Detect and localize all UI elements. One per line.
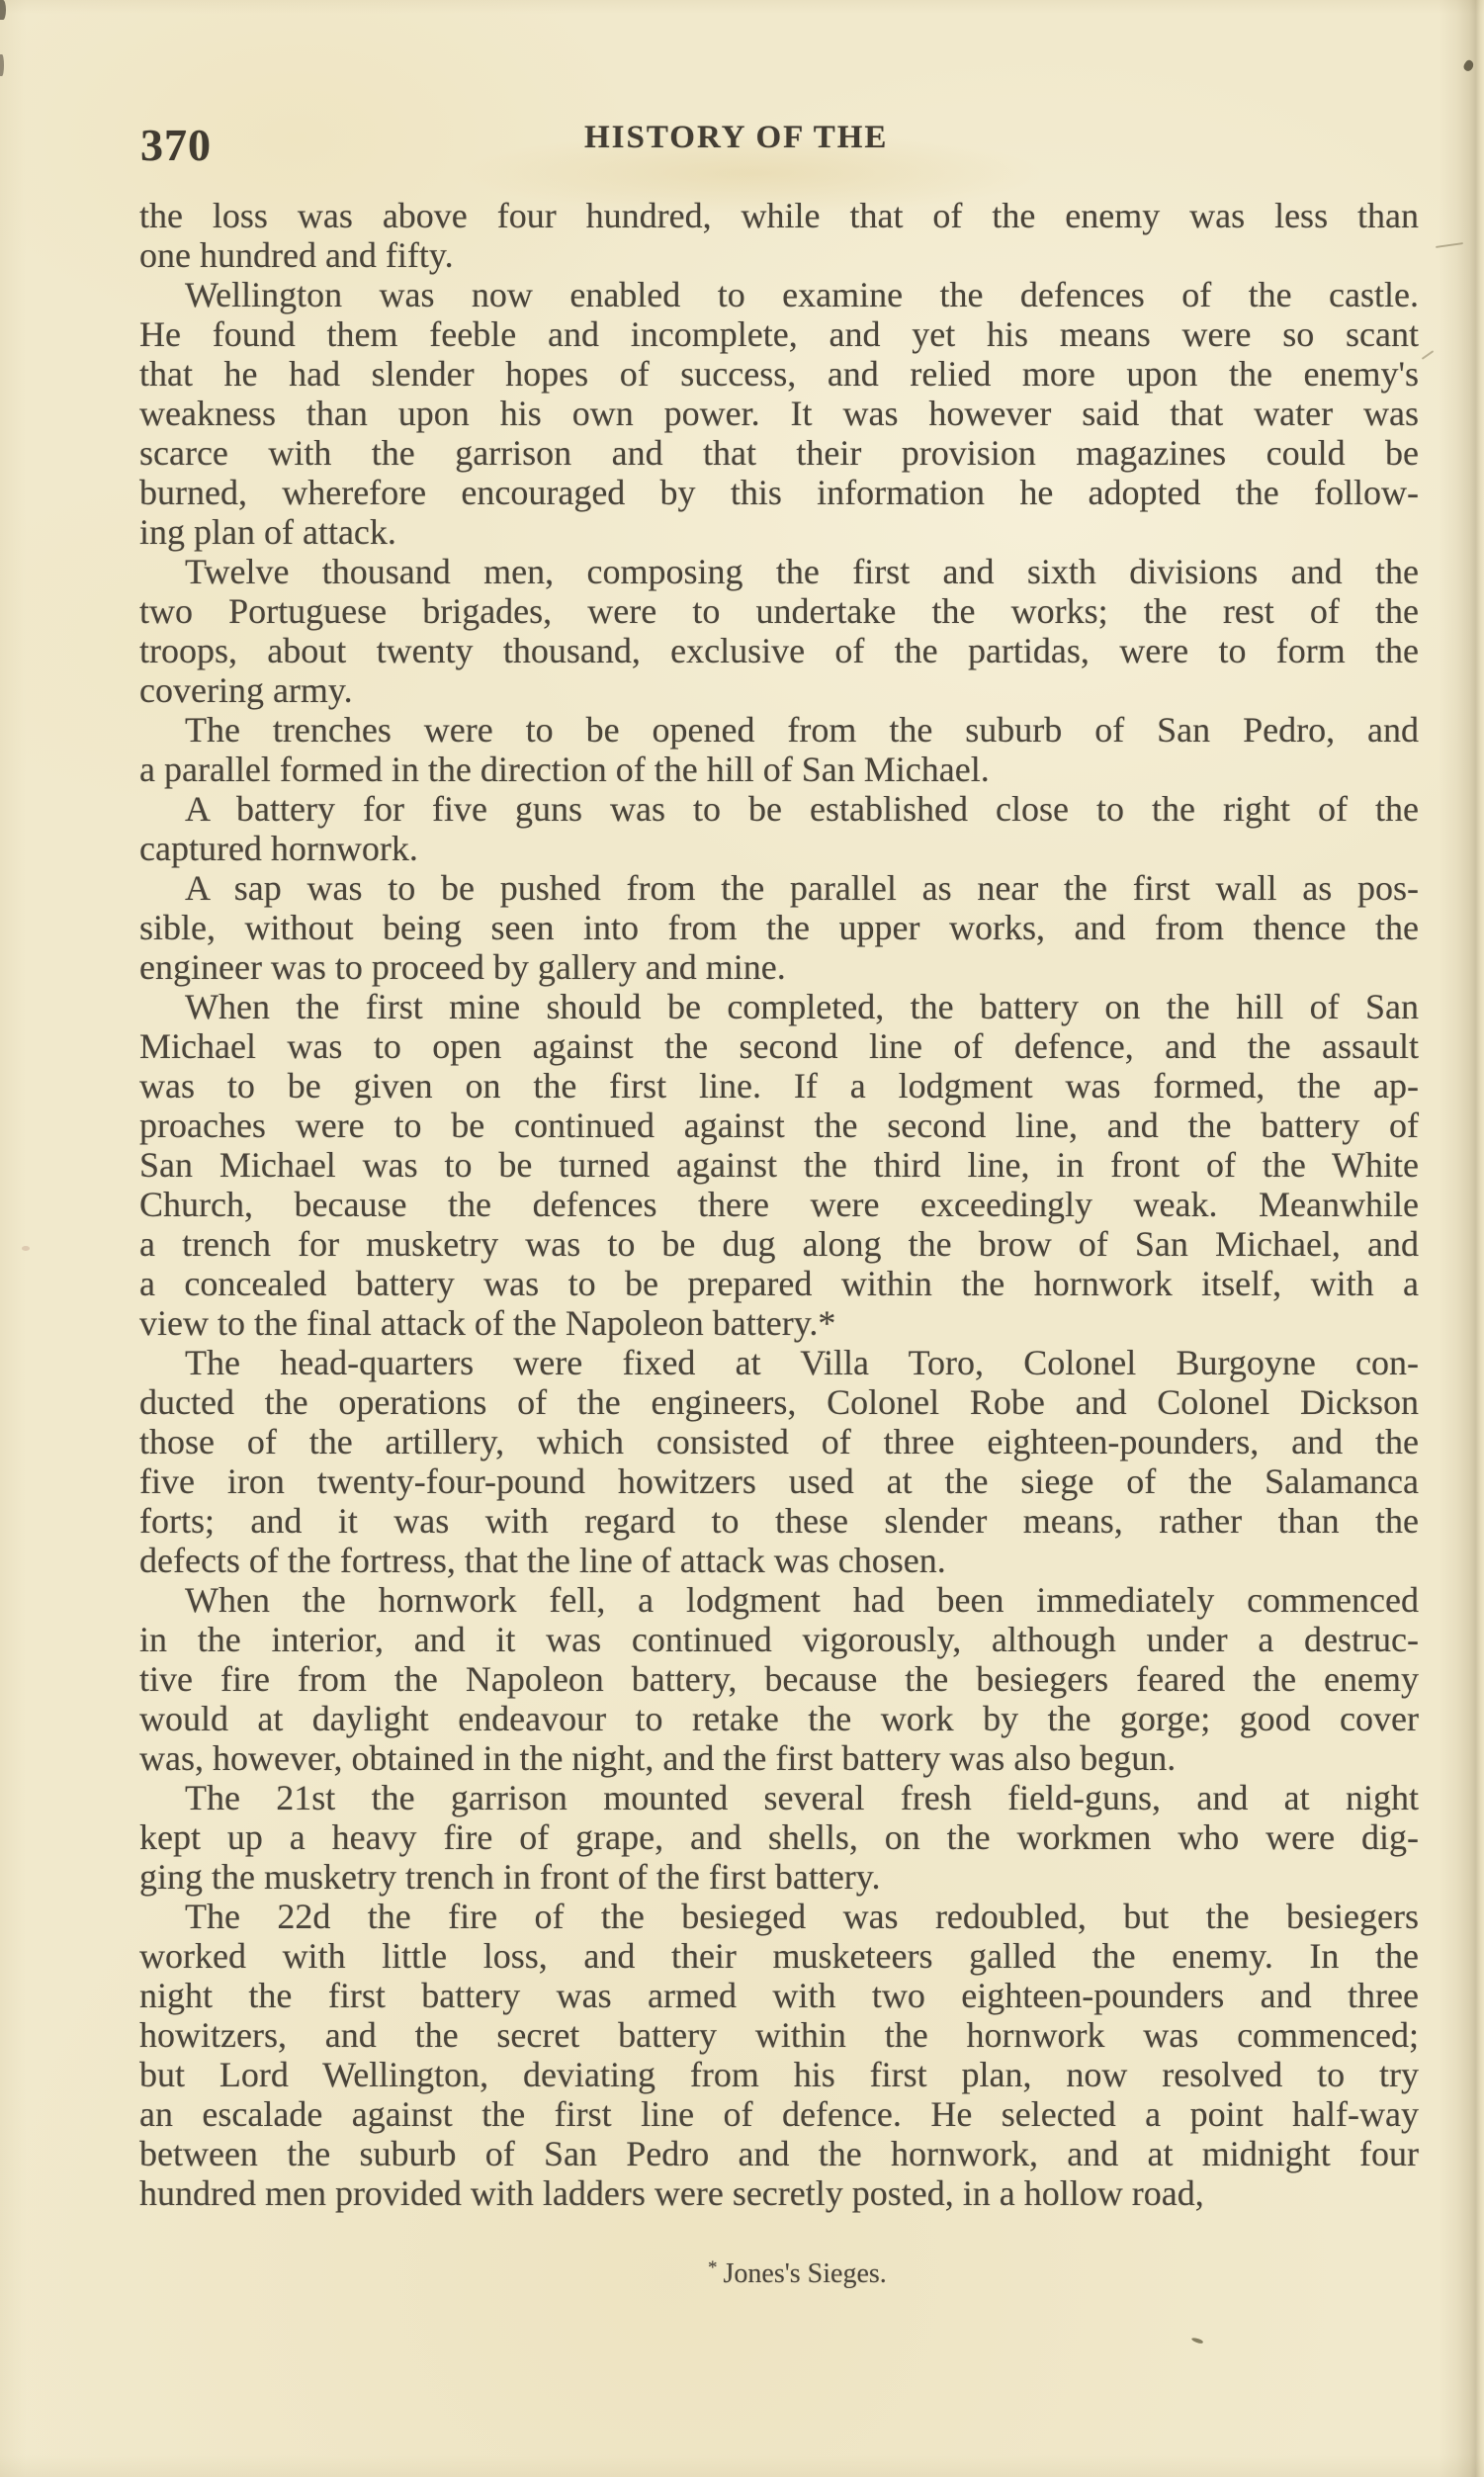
text-line: night the first battery was armed with t… <box>139 1976 1419 2015</box>
text-line: in the interior, and it was continued vi… <box>139 1620 1419 1659</box>
text-line: hundred men provided with ladders were s… <box>139 2173 1419 2213</box>
text-line: covering army. <box>139 670 1419 710</box>
paragraph: The head-quarters were fixed at Villa To… <box>139 1343 1419 1580</box>
scan-edge-mark <box>0 54 4 76</box>
text-line: a parallel formed in the direction of th… <box>139 750 1419 789</box>
text-line: scarce with the garrison and that their … <box>139 433 1419 473</box>
text-line: was, however, obtained in the night, and… <box>139 1738 1419 1778</box>
text-line: forts; and it was with regard to these s… <box>139 1501 1419 1541</box>
text-line: Church, because the defences there were … <box>139 1185 1419 1224</box>
text-line: Twelve thousand men, composing the first… <box>139 552 1419 591</box>
scan-edge-mark <box>0 0 6 20</box>
running-header: HISTORY OF THE <box>584 122 888 154</box>
text-line: weakness than upon his own power. It was… <box>139 394 1419 433</box>
text-line: burned, wherefore encouraged by this inf… <box>139 473 1419 512</box>
text-line: The trenches were to be opened from the … <box>139 710 1419 750</box>
text-line: proaches were to be continued against th… <box>139 1106 1419 1145</box>
body-text: the loss was above four hundred, while t… <box>139 196 1419 2213</box>
text-line: an escalade against the first line of de… <box>139 2094 1419 2134</box>
text-line: troops, about twenty thousand, exclusive… <box>139 631 1419 670</box>
text-line: howitzers, and the secret battery within… <box>139 2015 1419 2055</box>
paragraph: The trenches were to be opened from the … <box>139 710 1419 789</box>
paragraph: When the first mine should be completed,… <box>139 987 1419 1343</box>
footnote-marker: * <box>708 2257 718 2278</box>
text-line: When the hornwork fell, a lodgment had b… <box>139 1580 1419 1620</box>
text-line: When the first mine should be completed,… <box>139 987 1419 1026</box>
text-line: defects of the fortress, that the line o… <box>139 1541 1419 1580</box>
text-line: The 22d the fire of the besieged was red… <box>139 1897 1419 1936</box>
paragraph: A sap was to be pushed from the parallel… <box>139 868 1419 987</box>
paragraph: A battery for five guns was to be establ… <box>139 789 1419 868</box>
text-line: The head-quarters were fixed at Villa To… <box>139 1343 1419 1382</box>
text-line: engineer was to proceed by gallery and m… <box>139 947 1419 987</box>
text-line: a concealed battery was to be prepared w… <box>139 1264 1419 1303</box>
scan-speck <box>1191 2337 1204 2344</box>
text-line: kept up a heavy fire of grape, and shell… <box>139 1817 1419 1857</box>
page-edge-shadow <box>1439 0 1484 2477</box>
book-page-scan: 370 HISTORY OF THE the loss was above fo… <box>0 0 1484 2477</box>
text-line: would at daylight endeavour to retake th… <box>139 1699 1419 1738</box>
text-line: worked with little loss, and their muske… <box>139 1936 1419 1976</box>
text-line: Michael was to open against the second l… <box>139 1026 1419 1066</box>
text-line: those of the artillery, which consisted … <box>139 1422 1419 1461</box>
text-line: between the suburb of San Pedro and the … <box>139 2134 1419 2173</box>
text-line: captured hornwork. <box>139 829 1419 868</box>
text-line: A sap was to be pushed from the parallel… <box>139 868 1419 908</box>
text-line: tive fire from the Napoleon battery, bec… <box>139 1659 1419 1699</box>
paragraph: The 21st the garrison mounted several fr… <box>139 1778 1419 1897</box>
text-line: the loss was above four hundred, while t… <box>139 196 1419 235</box>
text-line: two Portuguese brigades, were to underta… <box>139 591 1419 631</box>
scan-smudge <box>22 1246 30 1251</box>
text-line: ducted the operations of the engineers, … <box>139 1382 1419 1422</box>
text-line: ing plan of attack. <box>139 512 1419 552</box>
text-line: view to the final attack of the Napoleon… <box>139 1303 1419 1343</box>
scan-scratch <box>1422 350 1435 360</box>
paragraph: Twelve thousand men, composing the first… <box>139 552 1419 710</box>
footnote-text: Jones's Sieges. <box>724 2258 887 2289</box>
text-line: one hundred and fifty. <box>139 235 1419 275</box>
paragraph: the loss was above four hundred, while t… <box>139 196 1419 275</box>
text-line: A battery for five guns was to be establ… <box>139 789 1419 829</box>
text-line: but Lord Wellington, deviating from his … <box>139 2055 1419 2094</box>
paragraph: The 22d the fire of the besieged was red… <box>139 1897 1419 2213</box>
paragraph: When the hornwork fell, a lodgment had b… <box>139 1580 1419 1778</box>
text-line: ging the musketry trench in front of the… <box>139 1857 1419 1897</box>
text-line: five iron twenty-four-pound howitzers us… <box>139 1461 1419 1501</box>
text-line: He found them feeble and incomplete, and… <box>139 314 1419 354</box>
page-number: 370 <box>140 123 212 168</box>
text-line: Wellington was now enabled to examine th… <box>139 275 1419 314</box>
text-line: The 21st the garrison mounted several fr… <box>139 1778 1419 1817</box>
text-line: sible, without being seen into from the … <box>139 908 1419 947</box>
text-line: that he had slender hopes of success, an… <box>139 354 1419 394</box>
paragraph: Wellington was now enabled to examine th… <box>139 275 1419 552</box>
text-line: was to be given on the first line. If a … <box>139 1066 1419 1106</box>
footnote: *Jones's Sieges. <box>708 2253 887 2290</box>
text-line: San Michael was to be turned against the… <box>139 1145 1419 1185</box>
text-line: a trench for musketry was to be dug alon… <box>139 1224 1419 1264</box>
